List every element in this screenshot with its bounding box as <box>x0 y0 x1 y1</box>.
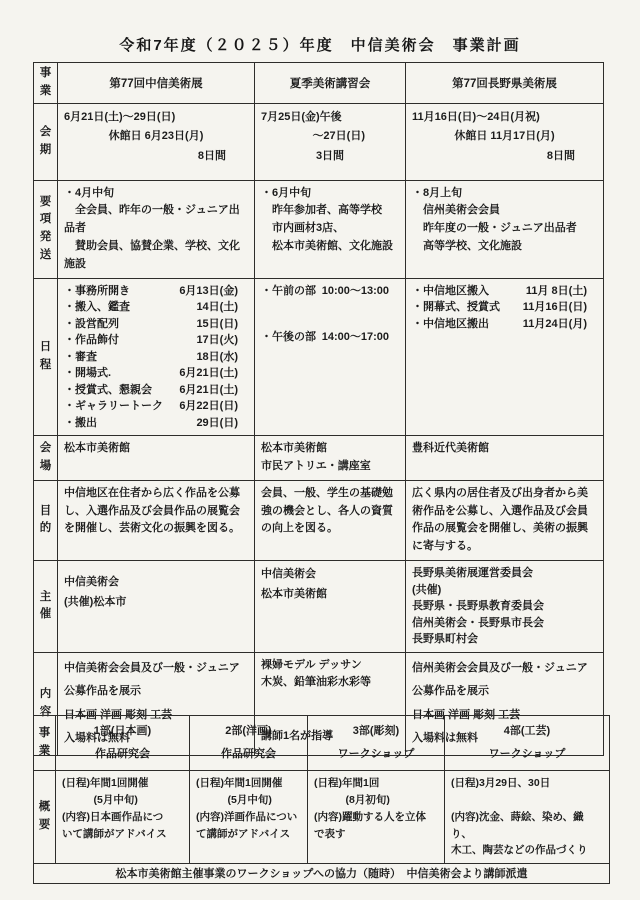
schedule-item: ・搬出29日(日) <box>64 415 248 432</box>
cooperation-note: 松本市美術館主催事業のワークショップへの協力（随時） 中信美術会より講師派遣 <box>34 864 610 884</box>
purpose-cell-chushin: 中信地区在住者から広く作品を公募し、入選作品及び会員作品の展覧会を開催し、芸術文… <box>58 480 255 560</box>
col-header-part4-craft: 4部(工芸) ワークショップ <box>445 716 610 771</box>
table-row: 要 項 発 送 ・4月中旬 全会員、昨年の一般・ジュニア出品者 賛助会員、協賛企… <box>34 180 604 278</box>
mailing-cell-course: ・6月中旬 昨年参加者、高等学校 市内画材3店、 松本市美術館、文化施設 <box>255 180 406 278</box>
schedule-item: ・設営配列15日(日) <box>64 316 248 333</box>
period-line: 6月21日(土)～29日(日) <box>64 108 248 128</box>
schedule-item: ・午後の部14:00～17:00 <box>261 329 399 346</box>
period-cell-course: 7月25日(金)午後 ～27日(日) 3日間 <box>255 103 406 180</box>
period-line: 休館日 11月17日(月) <box>412 127 597 147</box>
table-row: 主 催 中信美術会 (共催)松本市 中信美術会 松本市美術館 長野県美術展運営委… <box>34 561 604 653</box>
table-row: 概 要 (日程)年間1回開催 (5月中旬) (内容)日本画作品につ いて講師がア… <box>34 771 610 864</box>
schedule-item: ・開場式.6月21日(土) <box>64 365 248 382</box>
table-row: 会 場 松本市美術館 松本市美術館 市民アトリエ・講座室 豊科近代美術館 <box>34 436 604 481</box>
scanned-document-page: { "page": { "title": "令和7年度（２０２５）年度 中信美術… <box>0 0 640 900</box>
organizer-cell-chushin: 中信美術会 (共催)松本市 <box>58 561 255 653</box>
page-title: 令和7年度（２０２５）年度 中信美術会 事業計画 <box>0 34 640 55</box>
row-label-schedule: 日 程 <box>34 278 58 436</box>
mailing-cell-chushin: ・4月中旬 全会員、昨年の一般・ジュニア出品者 賛助会員、協賛企業、学校、文化施… <box>58 180 255 278</box>
row-label-organizer: 主 催 <box>34 561 58 653</box>
venue-cell-nagano: 豊科近代美術館 <box>406 436 604 481</box>
schedule-item: ・ギャラリートーク6月22日(日) <box>64 398 248 415</box>
main-plan-table: 事 業 第77回中信美術展 夏季美術講習会 第77回長野県美術展 会 期 6月2… <box>33 62 604 756</box>
workshop-table: 事 業 1部(日本画) 作品研究会 2部(洋画) 作品研究会 3部(彫刻) ワー… <box>33 715 610 884</box>
schedule-cell-chushin: ・事務所開き6月13日(金) ・搬入、鑑査14日(土) ・設営配列15日(日) … <box>58 278 255 436</box>
schedule-item: ・開幕式、授賞式11月16日(日) <box>412 299 597 316</box>
schedule-cell-nagano: ・中信地区搬入11月 8日(土) ・開幕式、授賞式11月16日(日) ・中信地区… <box>406 278 604 436</box>
table-row: 日 程 ・事務所開き6月13日(金) ・搬入、鑑査14日(土) ・設営配列15日… <box>34 278 604 436</box>
period-line: 休館日 6月23日(月) <box>64 127 248 147</box>
schedule-item: ・授賞式、懇親会6月21日(土) <box>64 382 248 399</box>
row-label-guideline-mailing: 要 項 発 送 <box>34 180 58 278</box>
period-line: 8日間 <box>64 147 248 167</box>
organizer-cell-course: 中信美術会 松本市美術館 <box>255 561 406 653</box>
purpose-cell-course: 会員、一般、学生の基礎勉強の機会とし、各人の資質の向上を図る。 <box>255 480 406 560</box>
venue-cell-course: 松本市美術館 市民アトリエ・講座室 <box>255 436 406 481</box>
schedule-item: ・審査18日(水) <box>64 349 248 366</box>
col-header-part2-yoga: 2部(洋画) 作品研究会 <box>190 716 308 771</box>
row-label-venue: 会 場 <box>34 436 58 481</box>
period-line: 7月25日(金)午後 <box>261 108 399 128</box>
col-header-nagano-exhibition: 第77回長野県美術展 <box>406 63 604 104</box>
table-row: 松本市美術館主催事業のワークショップへの協力（随時） 中信美術会より講師派遣 <box>34 864 610 884</box>
schedule-item: ・中信地区搬出11月24日(月) <box>412 316 597 333</box>
schedule-item: ・搬入、鑑査14日(土) <box>64 299 248 316</box>
period-line: 3日間 <box>261 147 399 167</box>
col-header-part3-sculpture: 3部(彫刻) ワークショップ <box>308 716 445 771</box>
organizer-cell-nagano: 長野県美術展運営委員会 (共催) 長野県・長野県教育委員会 信州美術会・長野県市… <box>406 561 604 653</box>
schedule-item: ・事務所開き6月13日(金) <box>64 283 248 300</box>
schedule-item: ・作品飾付17日(火) <box>64 332 248 349</box>
purpose-cell-nagano: 広く県内の居住者及び出身者から美術作品を公募し、入選作品及び会員作品の展覧会を開… <box>406 480 604 560</box>
mailing-cell-nagano: ・8月上旬 信州美術会会員 昨年度の一般・ジュニア出品者 高等学校、文化施設 <box>406 180 604 278</box>
row-label-outline: 概 要 <box>34 771 56 864</box>
col-header-summer-course: 夏季美術講習会 <box>255 63 406 104</box>
table-row: 事 業 第77回中信美術展 夏季美術講習会 第77回長野県美術展 <box>34 63 604 104</box>
outline-cell-part4: (日程)3月29日、30日 (内容)沈金、蒔絵、染め、織り、 木工、陶芸などの作… <box>445 771 610 864</box>
outline-cell-part1: (日程)年間1回開催 (5月中旬) (内容)日本画作品につ いて講師がアドバイス <box>56 771 190 864</box>
col-header-part1-nihonga: 1部(日本画) 作品研究会 <box>56 716 190 771</box>
schedule-item: ・午前の部10:00～13:00 <box>261 283 399 300</box>
period-line: 8日間 <box>412 147 597 167</box>
col-header-chushin-exhibition: 第77回中信美術展 <box>58 63 255 104</box>
row-label-project: 事 業 <box>34 63 58 104</box>
period-line: ～27日(日) <box>261 127 399 147</box>
outline-cell-part2: (日程)年間1回開催 (5月中旬) (内容)洋画作品につい て講師がアドバイス <box>190 771 308 864</box>
row-label-project2: 事 業 <box>34 716 56 771</box>
schedule-item: ・中信地区搬入11月 8日(土) <box>412 283 597 300</box>
table-row: 目 的 中信地区在住者から広く作品を公募し、入選作品及び会員作品の展覧会を開催し… <box>34 480 604 560</box>
period-cell-nagano: 11月16日(日)～24日(月祝) 休館日 11月17日(月) 8日間 <box>406 103 604 180</box>
row-label-period: 会 期 <box>34 103 58 180</box>
period-cell-chushin: 6月21日(土)～29日(日) 休館日 6月23日(月) 8日間 <box>58 103 255 180</box>
row-label-purpose: 目 的 <box>34 480 58 560</box>
period-line: 11月16日(日)～24日(月祝) <box>412 108 597 128</box>
schedule-cell-course: ・午前の部10:00～13:00 ・午後の部14:00～17:00 <box>255 278 406 436</box>
table-row: 事 業 1部(日本画) 作品研究会 2部(洋画) 作品研究会 3部(彫刻) ワー… <box>34 716 610 771</box>
table-row: 会 期 6月21日(土)～29日(日) 休館日 6月23日(月) 8日間 7月2… <box>34 103 604 180</box>
outline-cell-part3: (日程)年間1回 (8月初旬) (内容)躍動する人を立体 で表す <box>308 771 445 864</box>
venue-cell-chushin: 松本市美術館 <box>58 436 255 481</box>
